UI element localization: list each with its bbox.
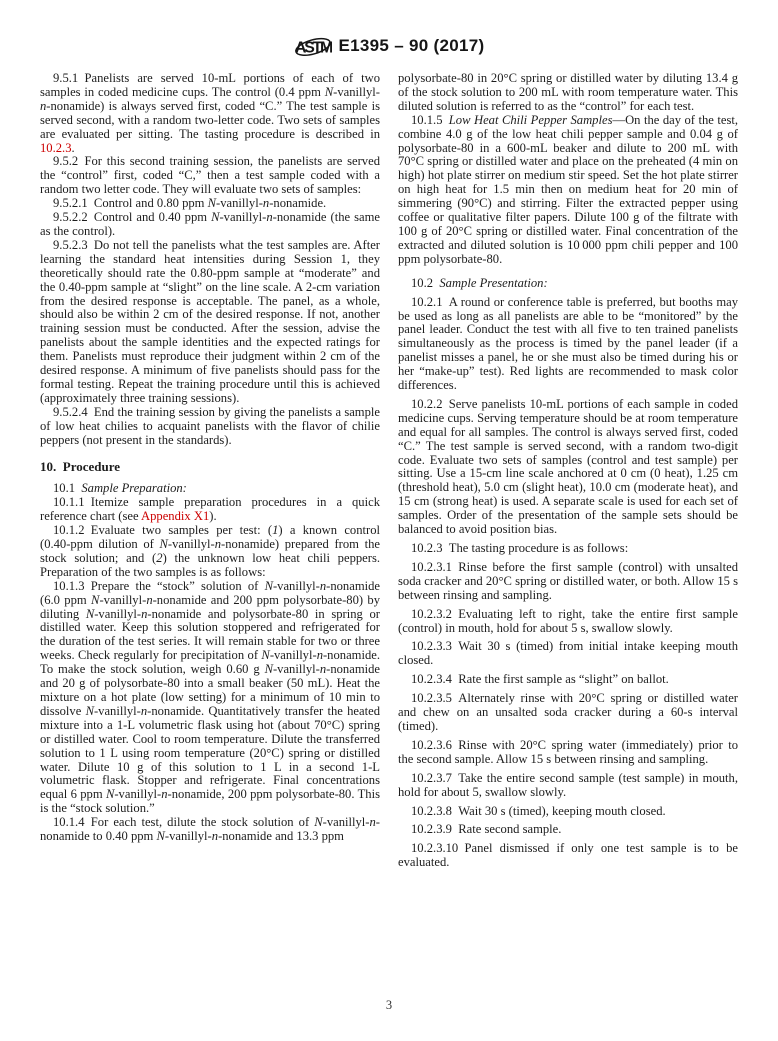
italic-text: 1 bbox=[272, 523, 278, 537]
para-9-5-2-4: 9.5.2.4 End the training session by givi… bbox=[40, 406, 380, 448]
para-10-1-4-continued: polysorbate-80 in 20°C spring or distill… bbox=[398, 72, 738, 114]
document-page: ASTM E1395 – 90 (2017) 9.5.1 Panelists a… bbox=[0, 0, 778, 1041]
italic-text: Sample Presentation: bbox=[439, 276, 547, 290]
svg-text:ASTM: ASTM bbox=[295, 40, 332, 57]
para-10-2-3-10: 10.2.3.10 Panel dismissed if only one te… bbox=[398, 842, 738, 870]
column-1: 9.5.1 Panelists are served 10-mL portion… bbox=[40, 72, 380, 870]
para-10-2-2: 10.2.2 Serve panelists 10-mL portions of… bbox=[398, 398, 738, 537]
para-10-2-3-3: 10.2.3.3 Wait 30 s (timed) from initial … bbox=[398, 640, 738, 668]
para-10-1-4: 10.1.4 For each test, dilute the stock s… bbox=[40, 816, 380, 844]
para-9-5-2-2: 9.5.2.2 Control and 0.40 ppm N-vanillyl-… bbox=[40, 211, 380, 239]
astm-logo-icon: ASTM bbox=[294, 32, 332, 60]
para-9-5-1: 9.5.1 Panelists are served 10-mL portion… bbox=[40, 72, 380, 155]
para-10-2-3-6: 10.2.3.6 Rinse with 20°C spring water (i… bbox=[398, 739, 738, 767]
para-10-2-3-2: 10.2.3.2 Evaluating left to right, take … bbox=[398, 608, 738, 636]
para-10-1-1: 10.1.1 Itemize sample preparation proced… bbox=[40, 496, 380, 524]
section-10-heading: 10. Procedure bbox=[40, 460, 380, 474]
para-10-2-1: 10.2.1 A round or conference table is pr… bbox=[398, 296, 738, 393]
para-10-2-3-8: 10.2.3.8 Wait 30 s (timed), keeping mout… bbox=[398, 805, 738, 819]
para-10-1-2: 10.1.2 Evaluate two samples per test: (1… bbox=[40, 524, 380, 580]
para-10-2-3-7: 10.2.3.7 Take the entire second sample (… bbox=[398, 772, 738, 800]
page-number: 3 bbox=[0, 998, 778, 1013]
para-10-2: 10.2 Sample Presentation: bbox=[398, 277, 738, 291]
para-9-5-2: 9.5.2 For this second training session, … bbox=[40, 155, 380, 197]
italic-text: Low Heat Chili Pepper Samples bbox=[449, 113, 613, 127]
two-column-body: 9.5.1 Panelists are served 10-mL portion… bbox=[40, 72, 738, 870]
italic-text: 2 bbox=[156, 551, 162, 565]
para-10-1-3: 10.1.3 Prepare the “stock” solution of N… bbox=[40, 580, 380, 816]
para-10-1-5: 10.1.5 Low Heat Chili Pepper Samples—On … bbox=[398, 114, 738, 267]
para-10-1: 10.1 Sample Preparation: bbox=[40, 482, 380, 496]
para-10-2-3-4: 10.2.3.4 Rate the first sample as “sligh… bbox=[398, 673, 738, 687]
standard-designation: E1395 – 90 (2017) bbox=[339, 36, 485, 56]
para-9-5-2-3: 9.5.2.3 Do not tell the panelists what t… bbox=[40, 239, 380, 406]
para-9-5-2-1: 9.5.2.1 Control and 0.80 ppm N-vanillyl-… bbox=[40, 197, 380, 211]
para-10-2-3-9: 10.2.3.9 Rate second sample. bbox=[398, 823, 738, 837]
cross-reference-link[interactable]: 10.2.3 bbox=[40, 141, 71, 155]
para-10-2-3-5: 10.2.3.5 Alternately rinse with 20°C spr… bbox=[398, 692, 738, 734]
italic-text: Sample Preparation: bbox=[81, 481, 187, 495]
para-10-2-3: 10.2.3 The tasting procedure is as follo… bbox=[398, 542, 738, 556]
para-10-2-3-1: 10.2.3.1 Rinse before the first sample (… bbox=[398, 561, 738, 603]
cross-reference-link[interactable]: Appendix X1 bbox=[141, 509, 209, 523]
document-header: ASTM E1395 – 90 (2017) bbox=[0, 32, 778, 60]
column-2: polysorbate-80 in 20°C spring or distill… bbox=[398, 72, 738, 870]
